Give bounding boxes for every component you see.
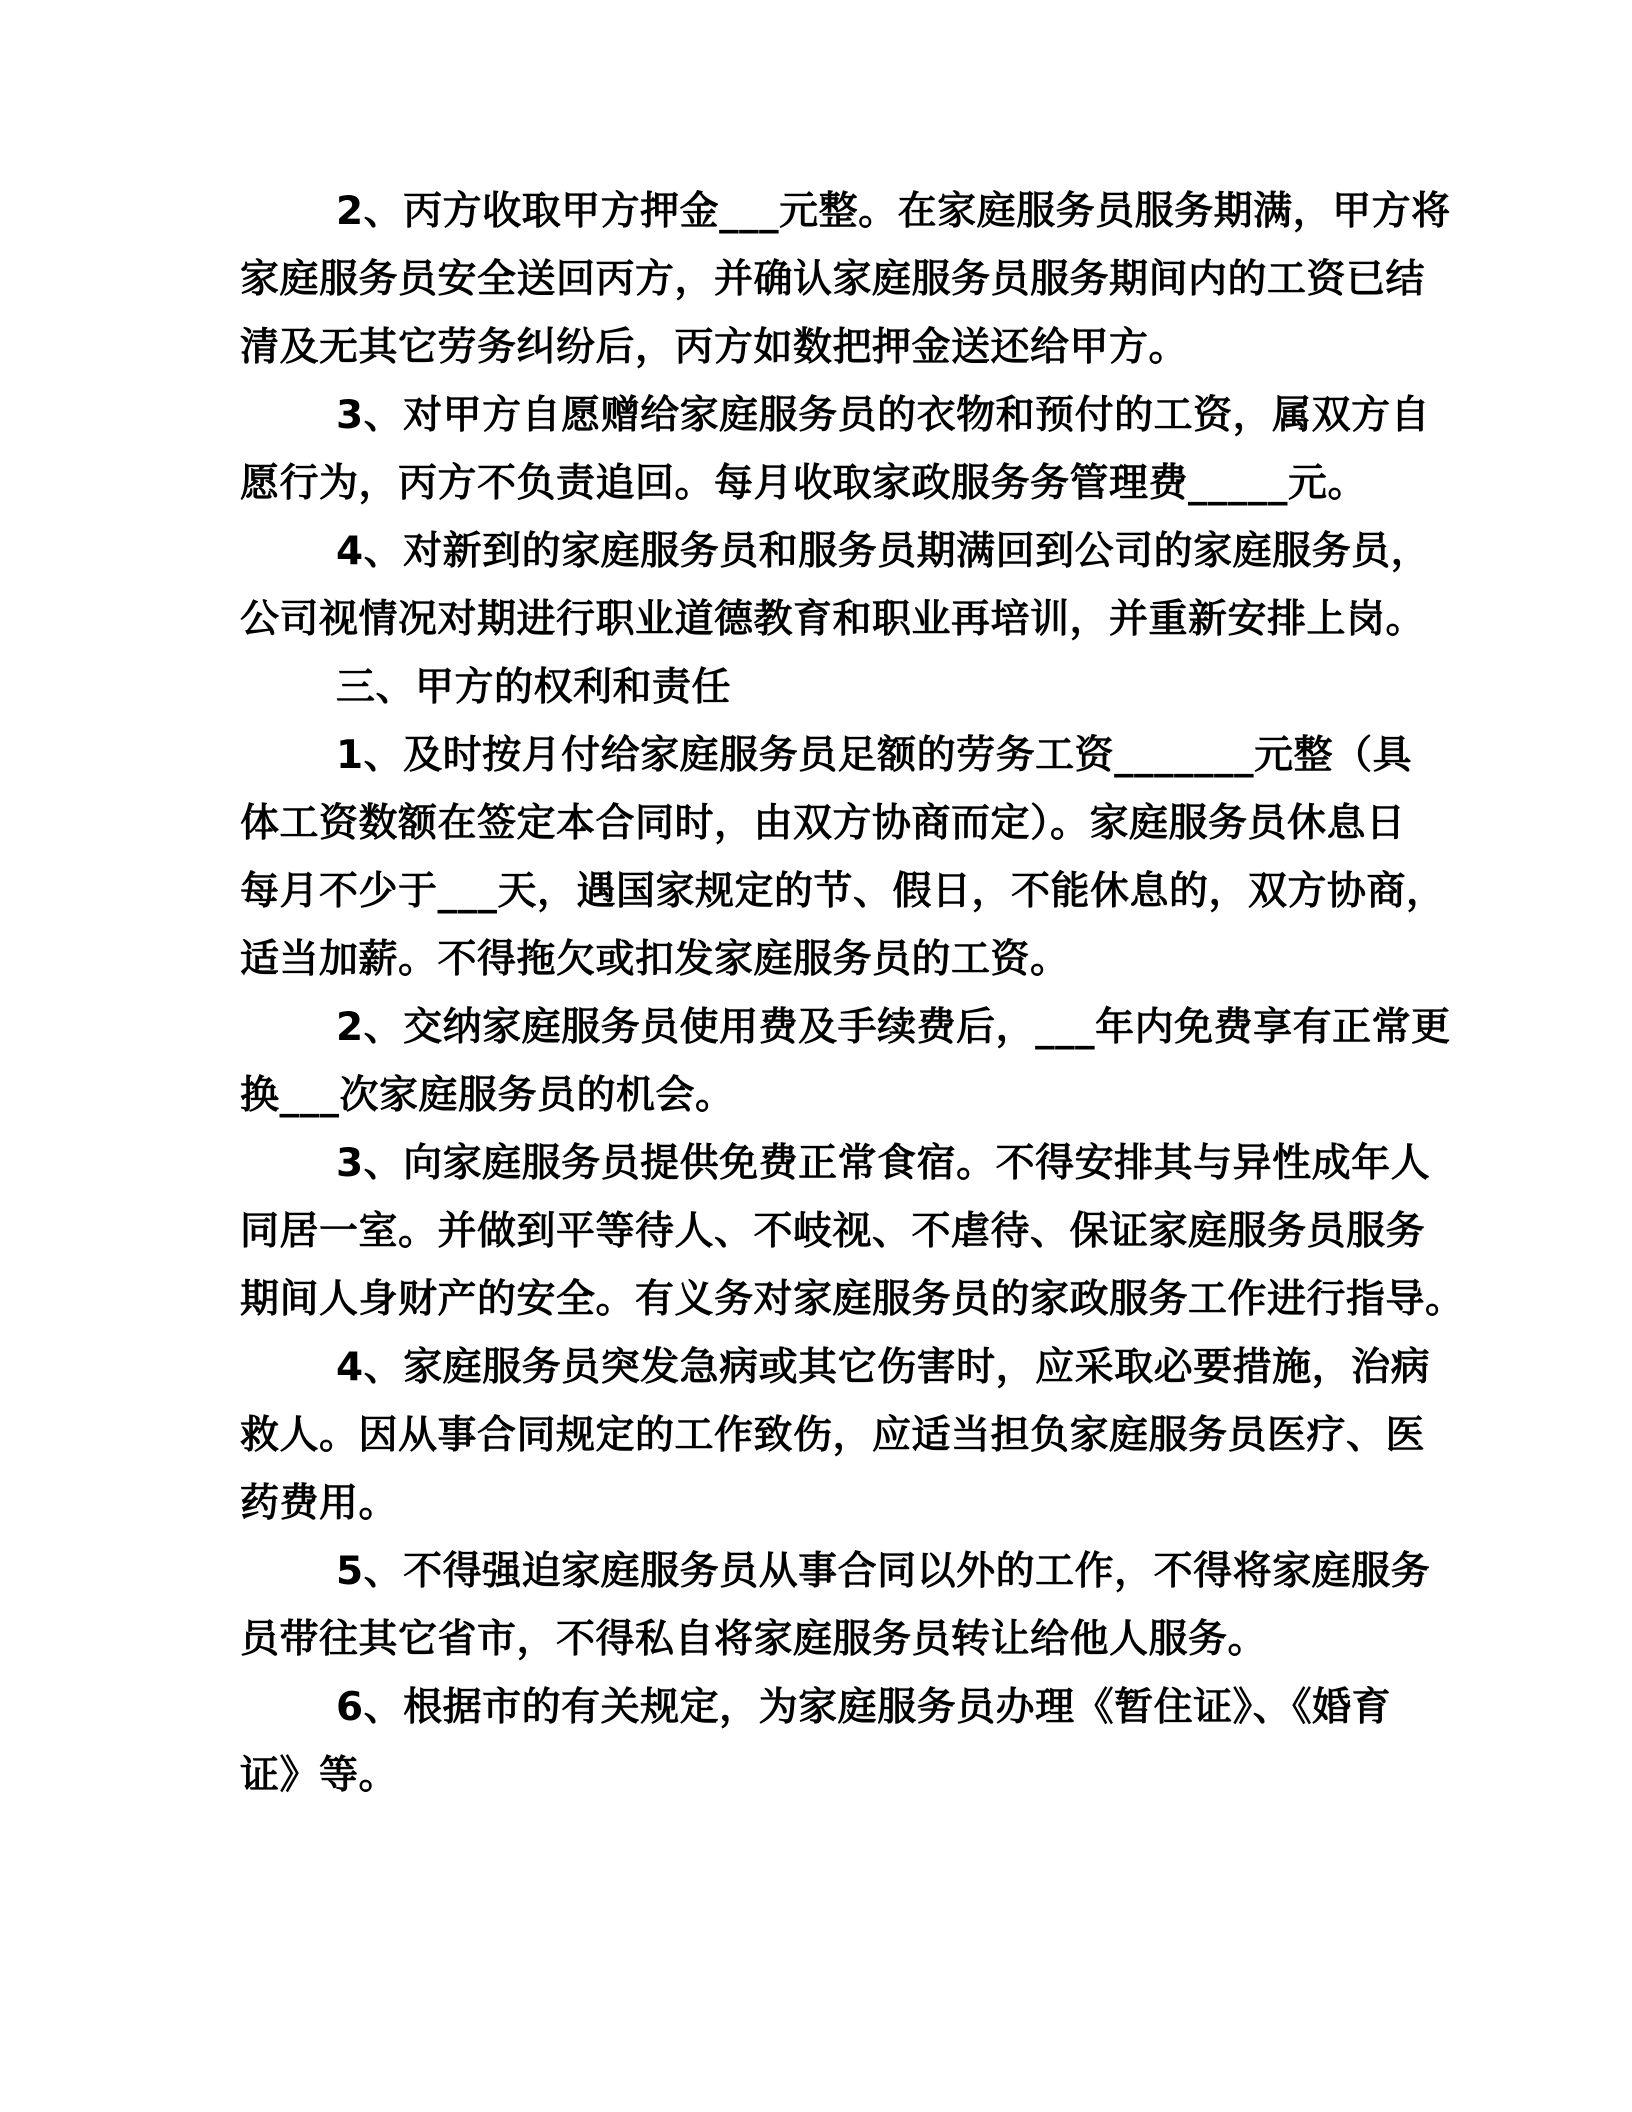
text-line: 同居一室。并做到平等待人、不岐视、不虐待、保证家庭服务员服务 <box>240 1198 1432 1266</box>
text-line: 2、交纳家庭服务员使用费及手续费后，___年内免费享有正常更 <box>240 994 1432 1062</box>
text-line: 清及无其它劳务纠纷后，丙方如数把押金送还给甲方。 <box>240 314 1432 382</box>
text-line: 4、家庭服务员突发急病或其它伤害时，应采取必要措施，治病 <box>240 1334 1432 1402</box>
text-line: 药费用。 <box>240 1470 1432 1538</box>
text-line: 救人。因从事合同规定的工作致伤，应适当担负家庭服务员医疗、医 <box>240 1402 1432 1470</box>
text-line: 2、丙方收取甲方押金___元整。在家庭服务员服务期满，甲方将 <box>240 178 1432 246</box>
text-line: 每月不少于___天，遇国家规定的节、假日，不能休息的，双方协商， <box>240 858 1432 926</box>
text-line: 公司视情况对期进行职业道德教育和职业再培训，并重新安排上岗。 <box>240 586 1432 654</box>
text-line: 换___次家庭服务员的机会。 <box>240 1062 1432 1130</box>
text-line: 1、及时按月付给家庭服务员足额的劳务工资_______元整（具 <box>240 722 1432 790</box>
document-page: 2、丙方收取甲方押金___元整。在家庭服务员服务期满，甲方将 家庭服务员安全送回… <box>0 0 1632 2112</box>
text-line: 3、向家庭服务员提供免费正常食宿。不得安排其与异性成年人 <box>240 1130 1432 1198</box>
text-line: 期间人身财产的安全。有义务对家庭服务员的家政服务工作进行指导。 <box>240 1266 1432 1334</box>
text-line: 适当加薪。不得拖欠或扣发家庭服务员的工资。 <box>240 926 1432 994</box>
text-line: 3、对甲方自愿赠给家庭服务员的衣物和预付的工资，属双方自 <box>240 382 1432 450</box>
text-line: 员带往其它省市，不得私自将家庭服务员转让给他人服务。 <box>240 1606 1432 1674</box>
text-line: 体工资数额在签定本合同时，由双方协商而定）。家庭服务员休息日 <box>240 790 1432 858</box>
section-heading: 三、甲方的权利和责任 <box>240 654 1432 722</box>
text-line: 4、对新到的家庭服务员和服务员期满回到公司的家庭服务员， <box>240 518 1432 586</box>
text-line: 6、根据市的有关规定，为家庭服务员办理《暂住证》、《婚育 <box>240 1674 1432 1742</box>
contract-text-block: 2、丙方收取甲方押金___元整。在家庭服务员服务期满，甲方将 家庭服务员安全送回… <box>240 178 1432 1810</box>
text-line: 5、不得强迫家庭服务员从事合同以外的工作，不得将家庭服务 <box>240 1538 1432 1606</box>
text-line: 家庭服务员安全送回丙方，并确认家庭服务员服务期间内的工资已结 <box>240 246 1432 314</box>
text-line: 证》等。 <box>240 1742 1432 1810</box>
text-line: 愿行为，丙方不负责追回。每月收取家政服务务管理费_____元。 <box>240 450 1432 518</box>
